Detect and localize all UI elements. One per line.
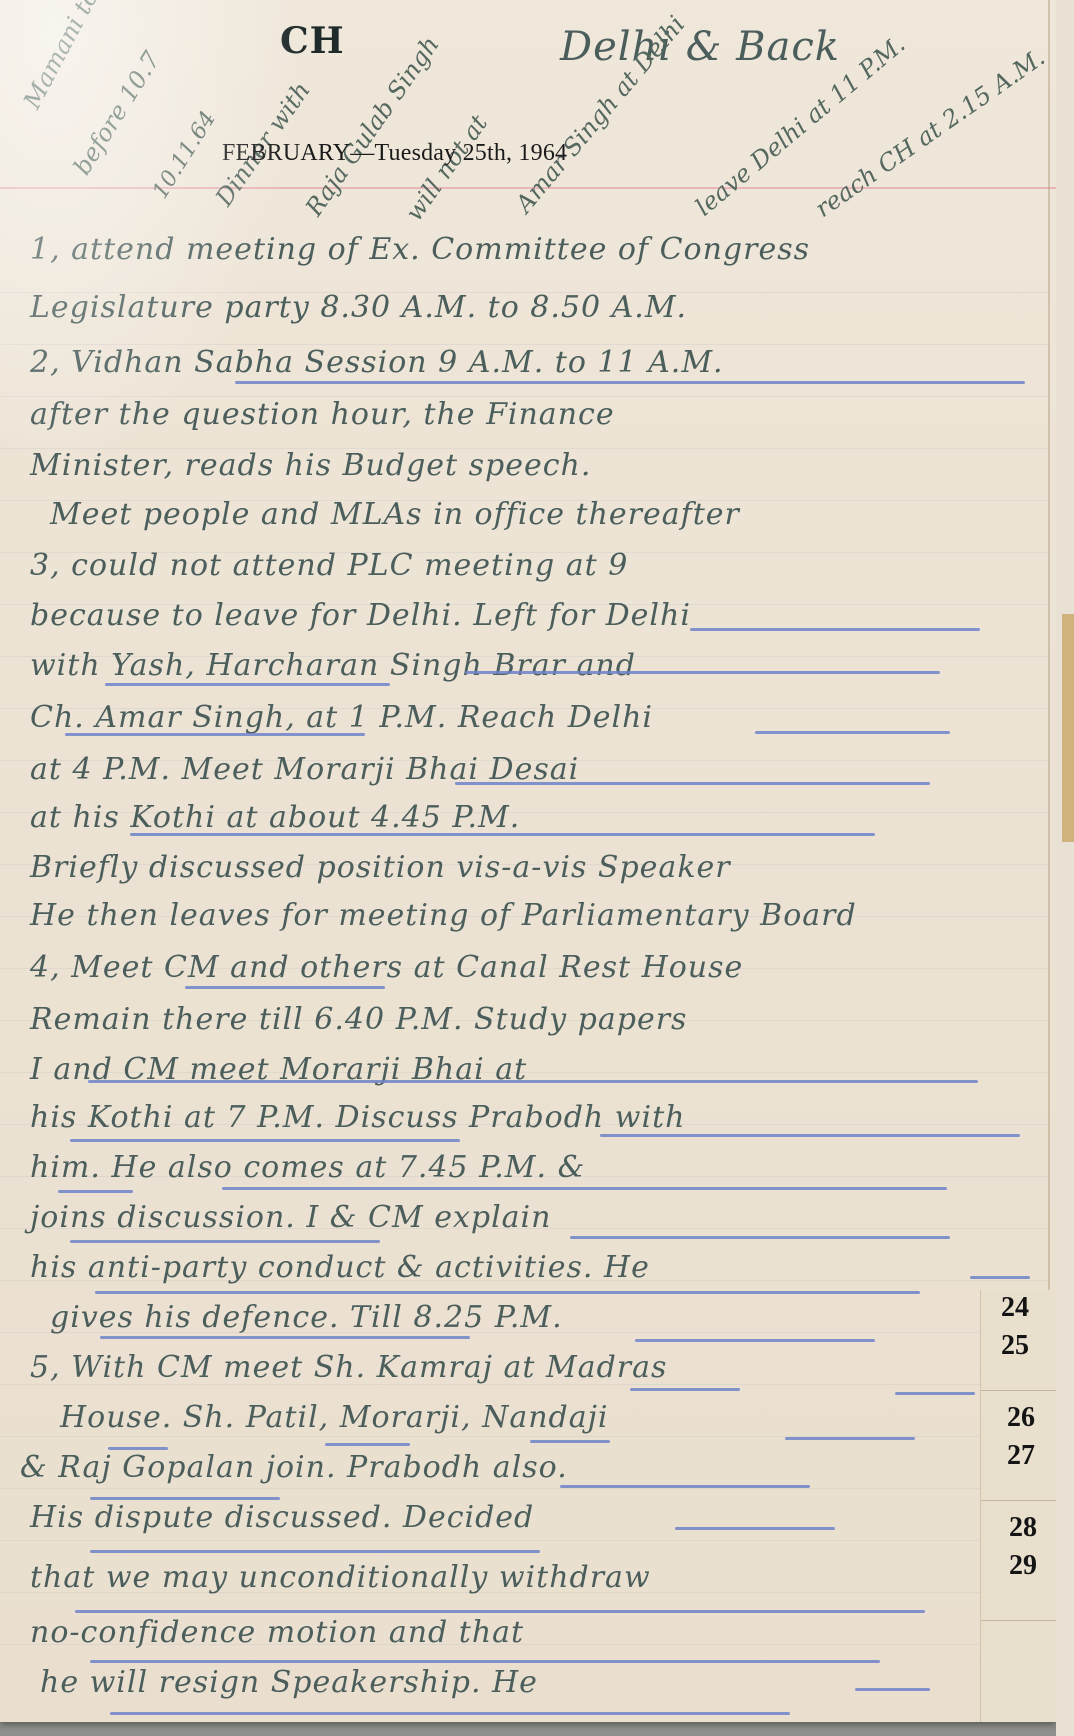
pencil-underline (90, 1550, 540, 1553)
pencil-underline (95, 1291, 920, 1294)
pencil-underline (70, 1240, 380, 1243)
annotation-will-not: will not at (400, 110, 493, 226)
tab-26[interactable]: 26 (1007, 1402, 1035, 1434)
entry-line: & Raj Gopalan join. Prabodh also. (20, 1450, 568, 1485)
ruled-line (0, 1488, 1048, 1489)
pencil-underline (100, 1336, 470, 1339)
underlying-tan-sheet (1062, 614, 1074, 842)
pencil-underline (755, 731, 950, 734)
pencil-underline (88, 1080, 978, 1083)
pencil-underline (690, 628, 980, 631)
underlying-pages (1056, 0, 1074, 1736)
entry-line: Remain there till 6.40 P.M. Study papers (30, 1002, 687, 1037)
entry-line: House. Sh. Patil, Morarji, Nandaji (60, 1400, 609, 1435)
annotation-delhi-back: Delhi & Back (560, 24, 840, 70)
entry-line: Meet people and MLAs in office thereafte… (50, 497, 740, 532)
pencil-underline (570, 1236, 950, 1239)
pencil-underline (222, 1187, 947, 1190)
entry-line: no-confidence motion and that (30, 1615, 524, 1650)
pencil-underline (970, 1276, 1030, 1279)
entry-line: gives his defence. Till 8.25 P.M. (50, 1300, 563, 1335)
pencil-underline (630, 1388, 740, 1391)
tab-divider (981, 1620, 1057, 1621)
entry-line: because to leave for Delhi. Left for Del… (30, 598, 691, 633)
entry-line: 3, could not attend PLC meeting at 9 (30, 548, 628, 583)
entry-line: that we may unconditionally withdraw (30, 1560, 651, 1595)
pencil-underline (110, 1712, 790, 1715)
entry-line: his anti-party conduct & activities. He (30, 1250, 650, 1285)
pencil-underline (75, 1610, 925, 1613)
tab-24[interactable]: 24 (1001, 1292, 1029, 1324)
pencil-underline (600, 1134, 1020, 1137)
entry-line: at his Kothi at about 4.45 P.M. (30, 800, 520, 835)
pencil-underline (465, 671, 940, 674)
entry-line: 1, attend meeting of Ex. Committee of Co… (30, 232, 810, 267)
tab-29[interactable]: 29 (1009, 1550, 1037, 1582)
pencil-underline (785, 1437, 915, 1440)
tab-28[interactable]: 28 (1009, 1512, 1037, 1544)
pencil-underline (455, 782, 930, 785)
annotation-ch: CH (280, 20, 345, 62)
printed-date-header: FEBRUARY—Tuesday 25th, 1964 (222, 140, 567, 167)
pencil-underline (130, 833, 875, 836)
entry-line: his Kothi at 7 P.M. Discuss Prabodh with (30, 1100, 685, 1135)
tab-25[interactable]: 25 (1001, 1330, 1029, 1362)
pencil-underline (90, 1660, 880, 1663)
pencil-underline (185, 986, 385, 989)
pencil-underline (58, 1190, 133, 1193)
pencil-underline (70, 1139, 460, 1142)
entry-line: joins discussion. I & CM explain (30, 1200, 551, 1235)
pencil-underline (560, 1485, 810, 1488)
ruled-line (0, 1540, 1048, 1541)
pencil-underline (895, 1392, 975, 1395)
entry-line: him. He also comes at 7.45 P.M. & (30, 1150, 585, 1185)
pencil-underline (675, 1527, 835, 1530)
entry-line: Legislature party 8.30 A.M. to 8.50 A.M. (30, 290, 687, 325)
entry-line: with Yash, Harcharan Singh Brar and (30, 648, 636, 683)
entry-line: His dispute discussed. Decided (30, 1500, 534, 1535)
entry-line: 2, Vidhan Sabha Session 9 A.M. to 11 A.M… (30, 345, 724, 380)
diary-page: Mamani to do 30 before 10.7 10.11.64 CH … (0, 0, 1056, 1722)
pencil-underline (235, 381, 1025, 384)
pencil-underline (105, 683, 390, 686)
entry-line: after the question hour, the Finance (30, 397, 615, 432)
entry-line: He then leaves for meeting of Parliament… (30, 898, 857, 933)
entry-line: Ch. Amar Singh, at 1 P.M. Reach Delhi (30, 700, 653, 735)
entry-line: Briefly discussed position vis-a-vis Spe… (30, 850, 731, 885)
pencil-underline (530, 1440, 610, 1443)
pencil-underline (635, 1339, 875, 1342)
tab-divider (981, 1390, 1057, 1391)
tab-divider (981, 1500, 1057, 1501)
tab-27[interactable]: 27 (1007, 1440, 1035, 1472)
pencil-underline (65, 733, 365, 736)
date-index-tabs: 24 25 26 27 28 29 (980, 1290, 1057, 1722)
pencil-underline (855, 1688, 930, 1691)
entry-line: Minister, reads his Budget speech. (30, 448, 591, 483)
entry-line: 5, With CM meet Sh. Kamraj at Madras (30, 1350, 667, 1385)
pencil-underline (325, 1443, 410, 1446)
entry-line: he will resign Speakership. He (40, 1665, 538, 1700)
entry-line: 4, Meet CM and others at Canal Rest Hous… (30, 950, 743, 985)
annotation-left-2: before 10.7 (68, 47, 166, 180)
